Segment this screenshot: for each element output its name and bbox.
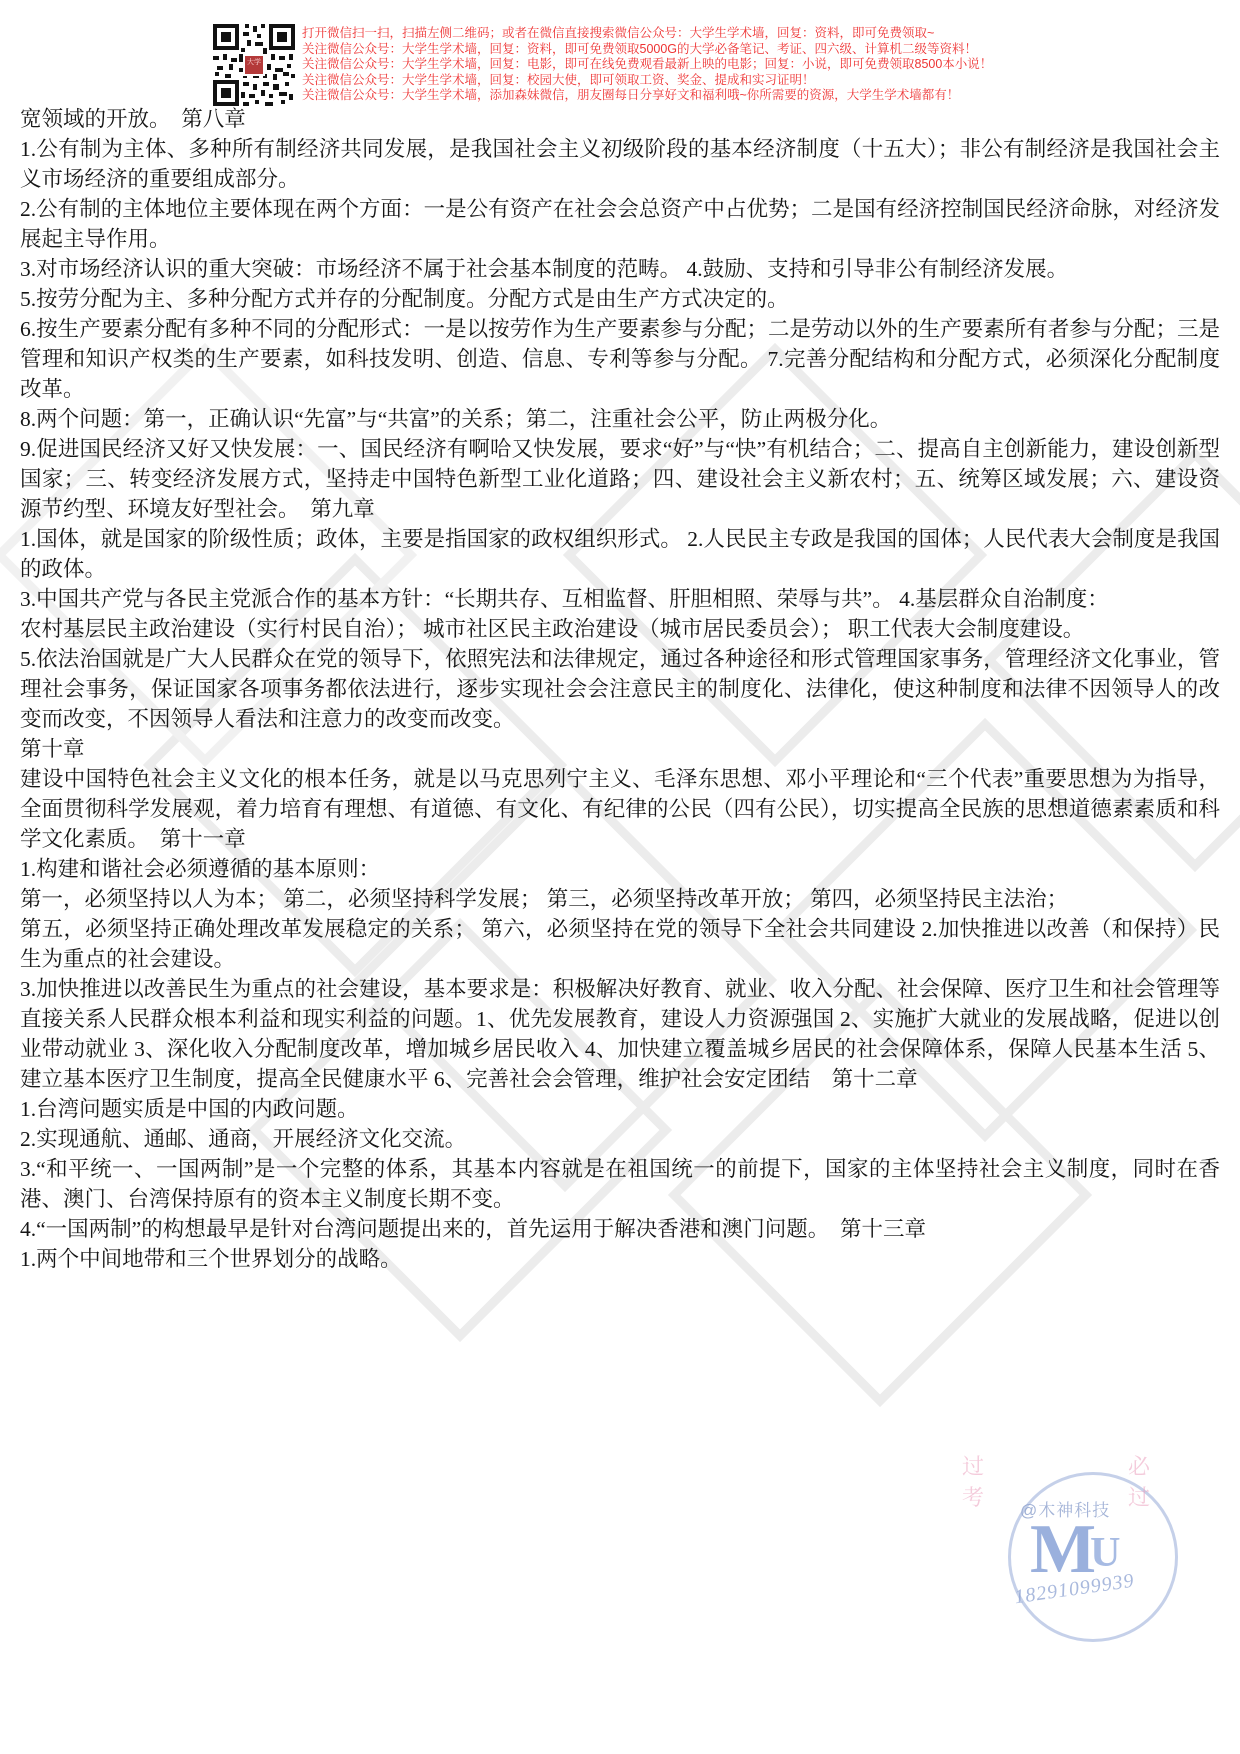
paragraph: 3.对市场经济认识的重大突破：市场经济不属于社会基本制度的范畴。 4.鼓励、支持… [20,254,1220,284]
promo-line: 关注微信公众号：大学生学术墙，添加森妹微信，朋友圈每日分享好文和福利哦~你所需要… [302,88,1232,104]
paragraph: 4.“一国两制”的构想最早是针对台湾问题提出来的，首先运用于解决香港和澳门问题。… [20,1214,1220,1244]
promo-header: 大学 打开微信扫一扫，扫描左侧二维码；或者在微信直接搜索微信公众号：大学生学术墙… [0,0,1240,110]
paragraph: 2.实现通航、通邮、通商，开展经济文化交流。 [20,1124,1220,1154]
paragraph: 第十章 [20,734,1220,764]
paragraph: 3.“和平统一、一国两制”是一个完整的体系，其基本内容就是在祖国统一的前提下，国… [20,1154,1220,1214]
paragraph: 1.台湾问题实质是中国的内政问题。 [20,1094,1220,1124]
promo-text-lines: 打开微信扫一扫，扫描左侧二维码；或者在微信直接搜索微信公众号：大学生学术墙，回复… [302,26,1232,104]
paragraph: 2.公有制的主体地位主要体现在两个方面：一是公有资产在社会会总资产中占优势；二是… [20,194,1220,254]
paragraph: 9.促进国民经济又好又快发展：一、国民经济有啊哈又快发展，要求“好”与“快”有机… [20,434,1220,524]
paragraph: 第一，必须坚持以人为本； 第二，必须坚持科学发展； 第三，必须坚持改革开放； 第… [20,884,1220,914]
stamp-mark-left: 过考 [962,1450,984,1512]
promo-line: 关注微信公众号：大学生学术墙，回复：校园大使，即可领取工资、奖金、提成和实习证明… [302,73,1232,89]
paragraph: 建设中国特色社会主义文化的根本任务，就是以马克思列宁主义、毛泽东思想、邓小平理论… [20,764,1220,854]
paragraph: 1.国体，就是国家的阶级性质；政体，主要是指国家的政权组织形式。 2.人民民主专… [20,524,1220,584]
paragraph: 1.公有制为主体、多种所有制经济共同发展，是我国社会主义初级阶段的基本经济制度（… [20,134,1220,194]
paragraph: 6.按生产要素分配有多种不同的分配形式：一是以按劳作为生产要素参与分配；二是劳动… [20,314,1220,404]
document-body: 宽领域的开放。 第八章1.公有制为主体、多种所有制经济共同发展，是我国社会主义初… [20,104,1220,1274]
qr-center-logo: 大学 [243,54,265,76]
paragraph: 8.两个问题：第一，正确认识“先富”与“共富”的关系；第二，注重社会公平，防止两… [20,404,1220,434]
promo-line: 打开微信扫一扫，扫描左侧二维码；或者在微信直接搜索微信公众号：大学生学术墙，回复… [302,26,1232,42]
stamp-logo-u: U [1090,1530,1120,1576]
paragraph: 1.两个中间地带和三个世界划分的战略。 [20,1244,1220,1274]
paragraph: 1.构建和谐社会必须遵循的基本原则： [20,854,1220,884]
paragraph: 5.依法治国就是广大人民群众在党的领导下，依照宪法和法律规定，通过各种途径和形式… [20,644,1220,734]
stamp-mark-right: 必过 [1128,1450,1150,1512]
paragraph: 农村基层民主政治建设（实行村民自治）； 城市社区民主政治建设（城市居民委员会）；… [20,614,1220,644]
wechat-qr-code: 大学 [213,24,295,106]
paragraph: 5.按劳分配为主、多种分配方式并存的分配制度。分配方式是由生产方式决定的。 [20,284,1220,314]
paragraph: 3.中国共产党与各民主党派合作的基本方针：“长期共存、互相监督、肝胆相照、荣辱与… [20,584,1220,614]
paragraph: 第五，必须坚持正确处理改革发展稳定的关系； 第六，必须坚持在党的领导下全社会共同… [20,914,1220,974]
paragraph: 3.加快推进以改善民生为重点的社会建设，基本要求是：积极解决好教育、就业、收入分… [20,974,1220,1094]
promo-line: 关注微信公众号：大学生学术墙，回复：电影，即可在线免费观看最新上映的电影；回复：… [302,57,1232,73]
promo-line: 关注微信公众号：大学生学术墙，回复：资料，即可免费领取5000G的大学必备笔记、… [302,42,1232,58]
